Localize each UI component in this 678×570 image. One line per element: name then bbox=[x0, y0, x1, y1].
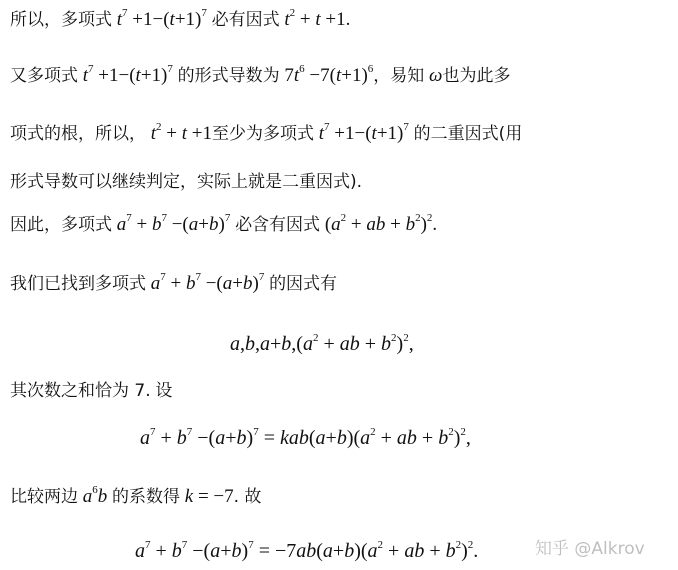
math-expr: t2 + t +1 bbox=[284, 9, 345, 30]
text-line-2: 又多项式 t7 +1−(t+1)7 的形式导数为 7t6 −7(t+1)6，易知… bbox=[10, 64, 510, 88]
text-line-4: 形式导数可以继续判定，实际上就是二重因式). bbox=[10, 170, 362, 194]
math-expr: t2 + t +1 bbox=[151, 123, 212, 144]
display-equation-3: a7 + b7 −(a+b)7 = −7ab(a+b)(a2 + ab + b2… bbox=[135, 538, 478, 564]
math-expr: 7t6 −7(t+1)6 bbox=[284, 65, 373, 86]
text-line-5: 因此，多项式 a7 + b7 −(a+b)7 必含有因式 (a2 + ab + … bbox=[10, 213, 437, 237]
omega-symbol: ω bbox=[429, 65, 442, 86]
math-expr: a7 + b7 −(a+b)7 bbox=[117, 214, 231, 235]
text-line-6: 我们已找到多项式 a7 + b7 −(a+b)7 的因式有 bbox=[10, 272, 337, 296]
text-line-1: 所以，多项式 t7 +1−(t+1)7 必有因式 t2 + t +1. bbox=[10, 8, 350, 32]
math-expr: t7 +1−(t+1)7 bbox=[319, 123, 409, 144]
math-expr: k = −7 bbox=[185, 486, 234, 507]
text-line-7: 其次数之和恰为 7. 设 bbox=[10, 379, 172, 403]
text-line-8: 比较两边 a6b 的系数得 k = −7. 故 bbox=[10, 485, 261, 509]
display-equation-2: a7 + b7 −(a+b)7 = kab(a+b)(a2 + ab + b2)… bbox=[140, 425, 471, 451]
math-expr: t7 +1−(t+1)7 bbox=[117, 9, 207, 30]
watermark: 知乎 @Alkrov bbox=[535, 534, 645, 559]
text-line-3: 项式的根，所以， t2 + t +1至少为多项式 t7 +1−(t+1)7 的二… bbox=[10, 122, 522, 146]
math-expr: (a2 + ab + b2)2 bbox=[325, 214, 433, 235]
math-expr: a7 + b7 −(a+b)7 bbox=[151, 273, 265, 294]
display-equation-1: a,b,a+b,(a2 + ab + b2)2, bbox=[230, 331, 414, 357]
math-expr: t7 +1−(t+1)7 bbox=[83, 65, 173, 86]
math-expr: a6b bbox=[83, 486, 108, 507]
